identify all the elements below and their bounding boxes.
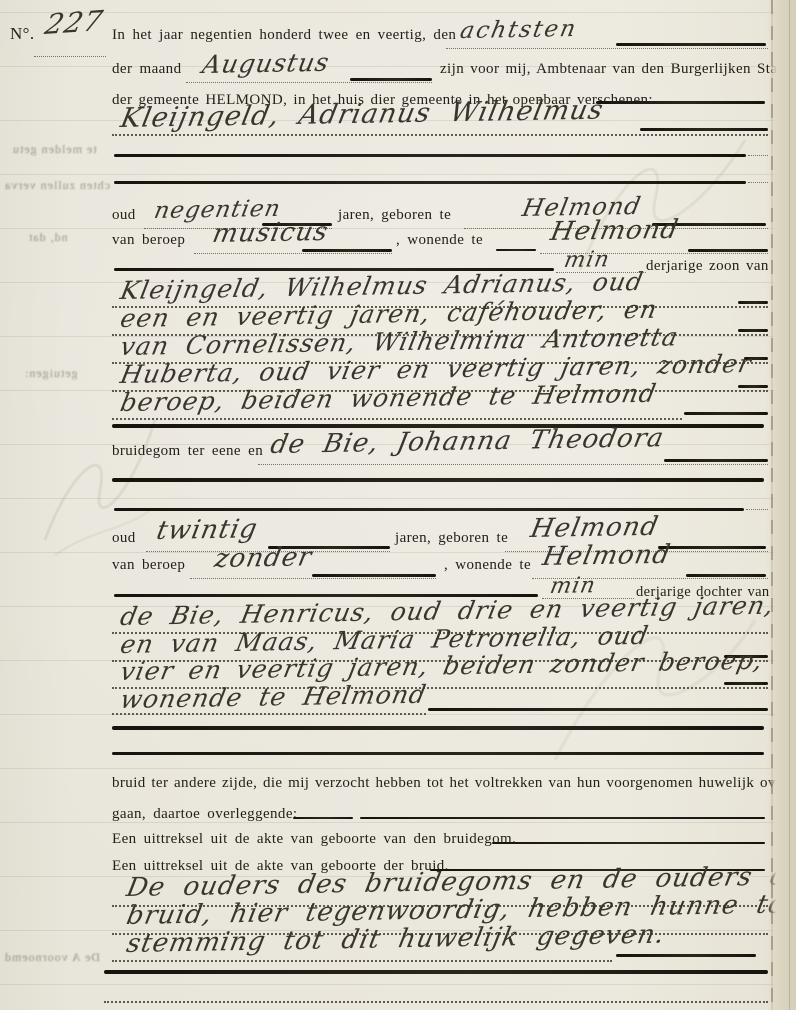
consent-fill-line <box>112 960 612 962</box>
groom-parents-strike <box>738 301 768 304</box>
intro-line1-strike <box>616 43 766 46</box>
consent-strike <box>616 954 756 957</box>
bride-role-label: bruid ter andere zijde, die mij verzocht… <box>112 775 796 792</box>
documents-intro-dash <box>293 817 353 819</box>
bleedthrough-rule <box>0 984 796 985</box>
bride-profession-strike <box>312 574 436 577</box>
intro-line1-printed: In het jaar negentien honderd twee en ve… <box>112 27 456 44</box>
bride-parents-strike <box>724 682 768 685</box>
bleedthrough-text: chten zullen verva <box>4 178 110 193</box>
document-item-rule <box>492 842 765 844</box>
bride-residence-label: , wonende te <box>444 557 531 574</box>
groom-profession-hand: musicus <box>210 217 331 249</box>
blank-rule-tail <box>748 155 768 156</box>
section-rule-tail <box>746 509 768 510</box>
bride-profession-fill-line <box>190 578 436 579</box>
bleedthrough-text: De A voornoemd <box>4 950 100 965</box>
groom-parents-strike <box>684 412 768 415</box>
groom-role-label: bruidegom ter eene en <box>112 443 263 460</box>
closing-rule <box>104 970 768 974</box>
page-edge-crease <box>789 0 790 1010</box>
bride-name-fill-line <box>258 464 768 465</box>
act-number-underline <box>34 56 106 57</box>
section-rule <box>112 726 764 730</box>
bride-age-label: oud <box>112 530 136 547</box>
act-number-label: N°. <box>10 24 35 44</box>
bride-parents-line: wonende te Helmond <box>118 680 429 714</box>
closing-dotted-rule <box>104 1001 768 1003</box>
groom-parents-fill-line <box>112 418 682 420</box>
intro-line2-strike <box>350 78 432 81</box>
documents-intro-label: gaan, daartoe overleggende: <box>112 806 297 823</box>
intro-line1-hand-day: achtsten <box>458 16 580 44</box>
bleedthrough-text: nd, dat <box>28 230 68 245</box>
bleedthrough-text: getuigen: <box>24 366 78 381</box>
groom-age-label: oud <box>112 207 136 224</box>
page-edge-crease <box>771 0 773 1010</box>
blank-rule-tail <box>748 182 768 183</box>
section-rule <box>112 752 764 755</box>
groom-profession-label: van beroep <box>112 232 185 249</box>
bride-residence-strike <box>686 574 766 577</box>
intro-line3-strike <box>596 101 765 104</box>
act-number-value: 227 <box>42 4 107 41</box>
groom-parents-strike <box>738 385 768 388</box>
intro-line1-fill-line <box>446 48 768 49</box>
bride-name-strike <box>664 459 768 462</box>
bride-birthplace-strike <box>658 546 766 549</box>
intro-line2-fill-line <box>186 82 432 83</box>
bride-profession-label: van beroep <box>112 557 185 574</box>
groom-parents-strike <box>738 329 768 332</box>
bride-residence-hand: Helmond <box>540 540 673 572</box>
document-item: Een uittreksel uit de akte van geboorte … <box>112 831 516 848</box>
intro-line2-label: der maand <box>112 61 182 78</box>
groom-residence-hand: Helmond <box>548 215 681 247</box>
groom-minor-label: derjarige zoon van <box>646 258 769 275</box>
intro-line2-hand-month: Augustus <box>200 48 332 79</box>
bride-born-label: jaren, geboren te <box>395 530 508 547</box>
groom-profession-strike <box>302 249 392 252</box>
bride-age-hand: twintig <box>154 514 260 546</box>
documents-intro-rule <box>360 817 765 819</box>
bride-birthplace-hand: Helmond <box>528 512 661 544</box>
groom-residence-strike <box>688 249 768 252</box>
groom-name-strike <box>640 128 768 131</box>
bleedthrough-text: te melden getu <box>12 142 97 157</box>
groom-residence-label: , wonende te <box>396 232 483 249</box>
intro-line2-printed: zijn voor mij, Ambtenaar van den Burgerl… <box>440 61 793 78</box>
blank-rule <box>114 154 746 157</box>
groom-profession-fill-line <box>194 253 392 254</box>
section-rule <box>112 478 764 482</box>
marriage-certificate-scan: te melden getu chten zullen verva nd, da… <box>0 0 796 1010</box>
blank-rule <box>114 181 746 184</box>
bleedthrough-rule <box>0 12 796 13</box>
bride-profession-hand: zonder <box>212 542 315 574</box>
bride-name-hand: de Bie, Johanna Theodora <box>268 423 667 460</box>
groom-residence-dash <box>496 249 536 251</box>
bride-parents-fill-line <box>112 713 426 715</box>
section-rule <box>114 508 744 511</box>
groom-born-label: jaren, geboren te <box>338 207 451 224</box>
bride-parents-strike <box>428 708 768 711</box>
groom-name-fill-line <box>112 134 768 136</box>
